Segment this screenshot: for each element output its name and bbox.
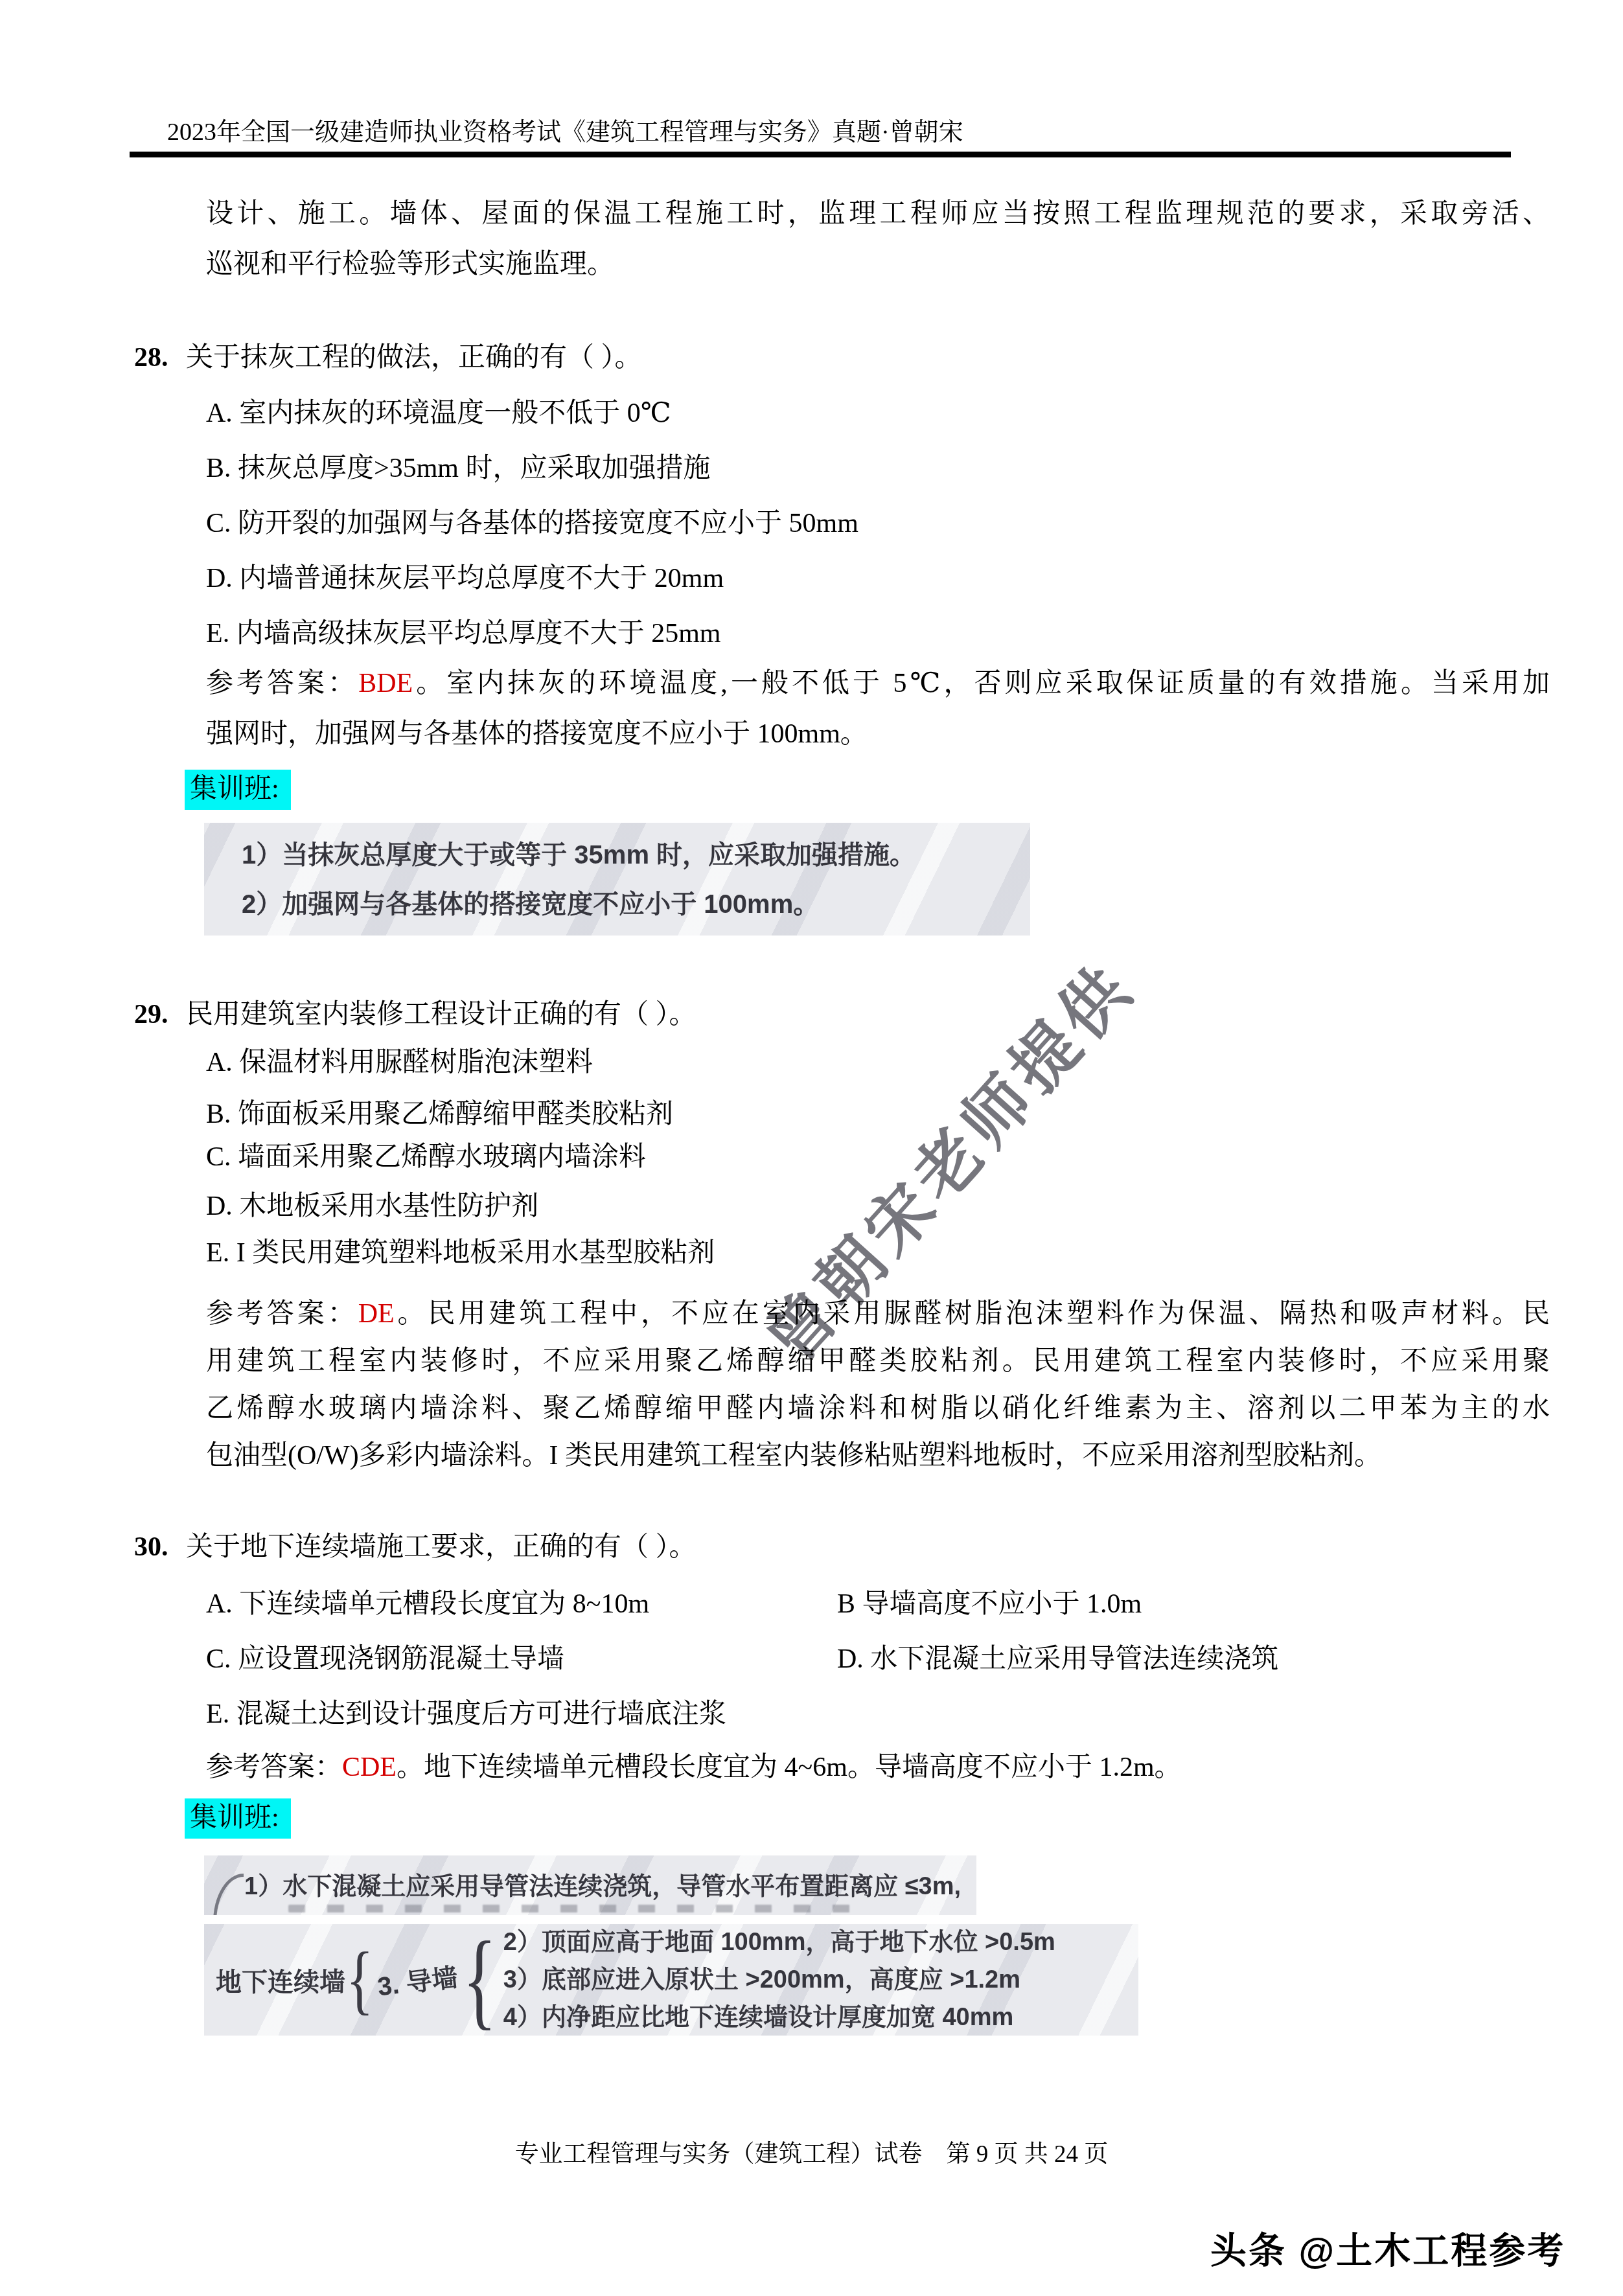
question-30-answer-line: 参考答案：CDE。地下连续墙单元槽段长度宜为 4~6m。导墙高度不应小于 1.2… [206, 1751, 1182, 1784]
question-30-option-a: A. 下连续墙单元槽段长度宜为 8~10m [206, 1587, 649, 1621]
toutiao-stamp: 头条 @土木工程参考 [1210, 2222, 1565, 2274]
question-28-number: 28. [134, 341, 186, 374]
question-28-option-a: A. 室内抹灰的环境温度一般不低于 0℃ [206, 396, 671, 430]
question-28-option-b: B. 抹灰总厚度>35mm 时，应采取加强措施 [206, 452, 711, 485]
question-29-answer-line: 乙烯醇水玻璃内墙涂料、聚乙烯醇缩甲醛内墙涂料和树脂以硝化纤维素为主、溶剂以二甲苯… [206, 1392, 1550, 1425]
question-29-option-a: A. 保温材料用脲醛树脂泡沫塑料 [206, 1046, 593, 1079]
intro-line: 设计、施工。墙体、屋面的保温工程施工时，监理工程师应当按照工程监理规范的要求，采… [206, 197, 1550, 231]
note-line: 1）水下混凝土应采用导管法连续浇筑，导管水平布置距离应 ≤3m, [244, 1871, 961, 1902]
question-28-answer-line: 强网时，加强网与各基体的搭接宽度不应小于 100mm。 [206, 717, 868, 751]
note-box-plaster: 1）当抹灰总厚度大于或等于 35mm 时，应采取加强措施。 2）加强网与各基体的… [204, 823, 1030, 936]
question-29-answer-line: 用建筑工程室内装修时，不应采用聚乙烯醇缩甲醛类胶粘剂。民用建筑工程室内装修时，不… [206, 1344, 1550, 1378]
page-header-title: 2023年全国一级建造师执业资格考试《建筑工程管理与实务》真题·曾朝宋 [167, 118, 963, 146]
answer-letters: DE [358, 1299, 395, 1329]
page-footer: 专业工程管理与实务（建筑工程）试卷 第 9 页 共 24 页 [0, 2134, 1623, 2169]
answer-explanation: 。室内抹灰的环境温度,一般不低于 5℃，否则应采取保证质量的有效措施。当采用加 [413, 669, 1550, 698]
question-29-stem: 29.民用建筑室内装修工程设计正确的有（ ）。 [134, 998, 696, 1031]
diagram-item: 3）底部应进入原状土 >200mm，高度应 >1.2m [503, 1966, 1055, 1993]
question-29-text: 民用建筑室内装修工程设计正确的有（ ）。 [186, 1000, 696, 1029]
diagram-brace: { [463, 1924, 496, 2036]
answer-label: 参考答案： [206, 669, 358, 698]
answer-label: 参考答案： [206, 1752, 342, 1782]
diagram-items: 2）顶面应高于地面 100mm，高于地下水位 >0.5m 3）底部应进入原状土 … [503, 1929, 1055, 2031]
diagram-branch-label: 3. 导墙 [375, 1957, 460, 2003]
exam-paper-page: 2023年全国一级建造师执业资格考试《建筑工程管理与实务》真题·曾朝宋 设计、施… [0, 0, 1623, 2296]
camp-badge: 集训班: [185, 770, 291, 810]
diagram-item: 4）内净距应比地下连续墙设计厚度加宽 40mm [503, 2004, 1055, 2031]
question-30-option-b: B 导墙高度不应小于 1.0m [837, 1587, 1142, 1621]
question-28-option-e: E. 内墙高级抹灰层平均总厚度不大于 25mm [206, 617, 721, 650]
answer-explanation: 。地下连续墙单元槽段长度宜为 4~6m。导墙高度不应小于 1.2m。 [397, 1752, 1182, 1782]
question-29-answer-line: 包油型(O/W)多彩内墙涂料。I 类民用建筑工程室内装修粘贴塑料地板时，不应采用… [206, 1439, 1381, 1473]
question-30-option-d: D. 水下混凝土应采用导管法连续浇筑 [837, 1642, 1278, 1676]
question-30-option-e: E. 混凝土达到设计强度后方可进行墙底注浆 [206, 1697, 726, 1731]
question-28-text: 关于抹灰工程的做法，正确的有（ ）。 [186, 343, 642, 373]
diagram-root-label: 地下连续墙 [216, 1962, 345, 1999]
header-rule [130, 152, 1511, 157]
note-line: 1）当抹灰总厚度大于或等于 35mm 时，应采取加强措施。 [242, 840, 915, 871]
question-29-number: 29. [134, 998, 186, 1031]
note-box-diaphragm-top: 1）水下混凝土应采用导管法连续浇筑，导管水平布置距离应 ≤3m, [204, 1855, 976, 1915]
question-28-answer-line: 参考答案：BDE。室内抹灰的环境温度,一般不低于 5℃，否则应采取保证质量的有效… [206, 667, 1550, 700]
diagram-item: 2）顶面应高于地面 100mm，高于地下水位 >0.5m [503, 1929, 1055, 1956]
question-30-stem: 30.关于地下连续墙施工要求，正确的有（ ）。 [134, 1530, 696, 1564]
question-28-option-d: D. 内墙普通抹灰层平均总厚度不大于 20mm [206, 562, 724, 595]
question-29-option-c: C. 墙面采用聚乙烯醇水玻璃内墙涂料 [206, 1140, 646, 1174]
answer-letters: CDE [342, 1752, 397, 1782]
answer-letters: BDE [358, 669, 413, 698]
note-box-diaphragm-diagram: 地下连续墙 { 3. 导墙 { 2）顶面应高于地面 100mm，高于地下水位 >… [204, 1924, 1138, 2036]
intro-line: 巡视和平行检验等形式实施监理。 [206, 247, 614, 281]
question-29-option-d: D. 木地板采用水基性防护剂 [206, 1189, 538, 1223]
answer-label: 参考答案： [206, 1299, 358, 1329]
answer-explanation: 。民用建筑工程中，不应在室内采用脲醛树脂泡沫塑料作为保温、隔热和吸声材料。民 [395, 1299, 1550, 1329]
note-line: 2）加强网与各基体的搭接宽度不应小于 100mm。 [242, 889, 819, 920]
question-30-option-c: C. 应设置现浇钢筋混凝土导墙 [206, 1642, 564, 1676]
diagram-brace: { [346, 1936, 373, 2024]
question-28-option-c: C. 防开裂的加强网与各基体的搭接宽度不应小于 50mm [206, 507, 858, 540]
question-28-stem: 28.关于抹灰工程的做法，正确的有（ ）。 [134, 341, 642, 374]
question-30-text: 关于地下连续墙施工要求，正确的有（ ）。 [186, 1532, 696, 1562]
question-29-option-b: B. 饰面板采用聚乙烯醇缩甲醛类胶粘剂 [206, 1097, 673, 1131]
camp-badge: 集训班: [185, 1798, 291, 1839]
question-29-option-e: E. I 类民用建筑塑料地板采用水基型胶粘剂 [206, 1236, 715, 1270]
question-30-number: 30. [134, 1530, 186, 1564]
diaphragm-wall-diagram: 地下连续墙 { 3. 导墙 { 2）顶面应高于地面 100mm，高于地下水位 >… [204, 1924, 1138, 2036]
cut-off-text-smudge [288, 1905, 858, 1912]
